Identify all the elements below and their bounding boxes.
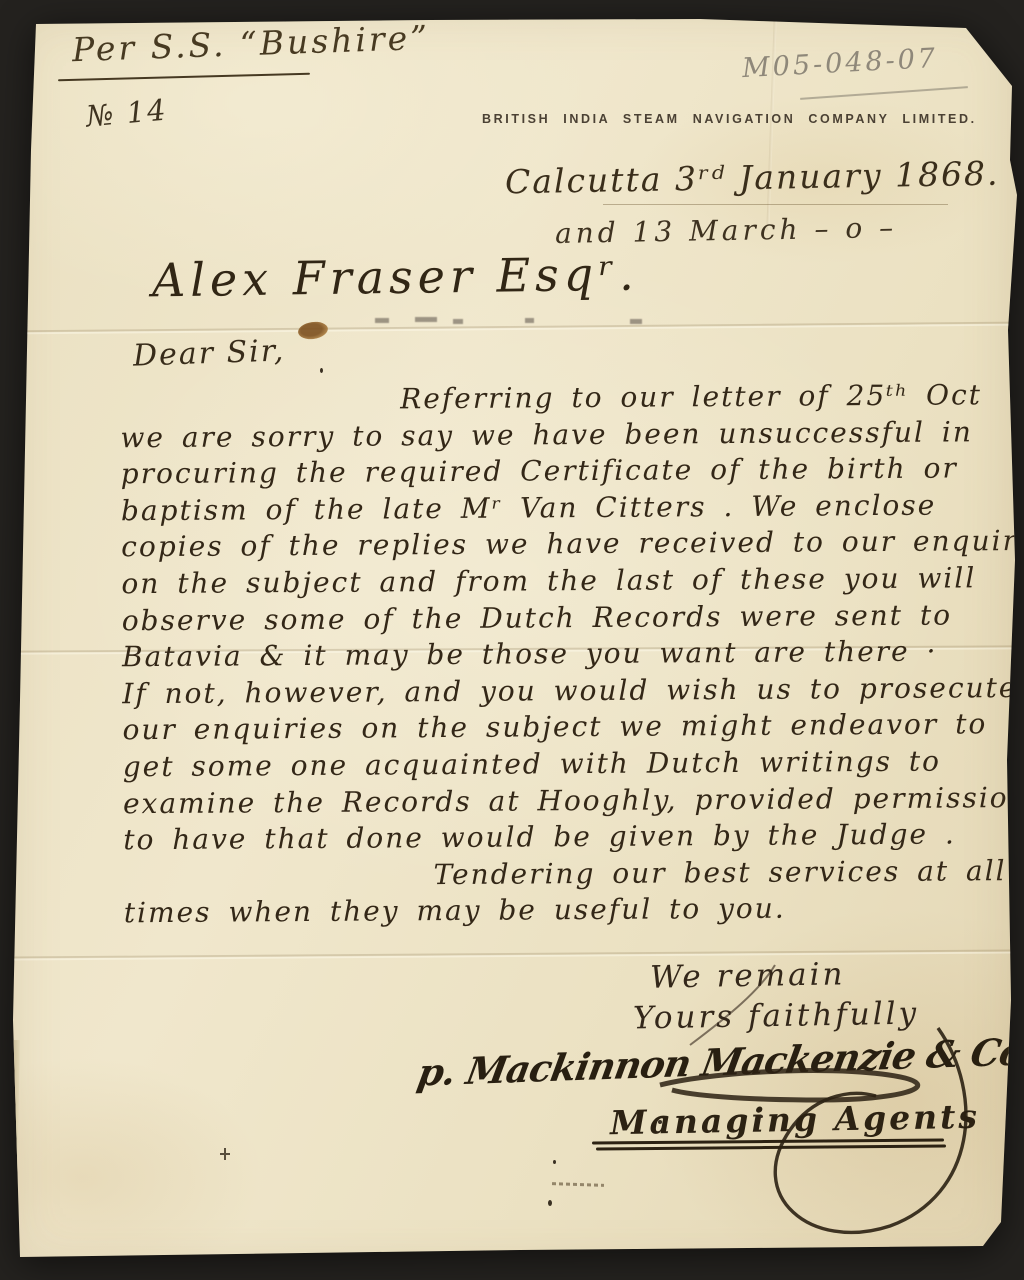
ink-stain xyxy=(297,320,329,341)
body-line: times when they may be useful to you. xyxy=(124,889,1024,932)
ship-note-underline xyxy=(58,73,310,82)
signature-role: Managing Agents xyxy=(610,1097,981,1142)
ink-speck xyxy=(548,1200,552,1206)
body-line: examine the Records at Hooghly, provided… xyxy=(123,779,1024,822)
small-cross-mark xyxy=(220,1148,230,1160)
paper-shadow: Per S.S. “Bushire” № 14 M05-048-07 BRITI… xyxy=(0,0,1024,1280)
body-line: we are sorry to say we have been unsucce… xyxy=(120,413,1024,456)
body-line: procuring the required Certificate of th… xyxy=(121,450,1024,493)
ink-speck xyxy=(320,368,323,373)
body-line: get some one acquainted with Dutch writi… xyxy=(123,743,1024,786)
under-page-edge xyxy=(8,1040,20,1256)
letter-page: Per S.S. “Bushire” № 14 M05-048-07 BRITI… xyxy=(0,0,1024,1280)
fold-crease-bottom xyxy=(0,949,1024,960)
ship-note: Per S.S. “Bushire” xyxy=(71,18,430,69)
ink-speck xyxy=(760,1115,763,1118)
body-line: to have that done would be given by the … xyxy=(123,816,1024,859)
pencil-reference-strike xyxy=(800,86,968,100)
ink-speck xyxy=(553,1160,556,1164)
body-line: If not, however, and you would wish us t… xyxy=(122,669,1024,712)
document-number: № 14 xyxy=(85,93,169,134)
body-line: Batavia & it may be those you want are t… xyxy=(122,633,1024,676)
body-line: on the subject and from the last of thes… xyxy=(121,560,1024,603)
valediction-line-2: Yours faithfully xyxy=(633,996,920,1037)
letter-body: Referring to our letter of 25ᵗʰ Oct we a… xyxy=(120,377,1024,932)
dateline-secondary: and 13 March – o – xyxy=(555,211,898,250)
signature-scrawl: p. Mackinnon Mackenzie & Co xyxy=(414,1029,1024,1094)
ink-speck xyxy=(658,1120,662,1124)
body-line: Tendering our best services at all xyxy=(123,852,1024,895)
letter-scan: Per S.S. “Bushire” № 14 M05-048-07 BRITI… xyxy=(0,0,1024,1280)
offset-ink-smudges xyxy=(375,316,715,326)
smudge-mark xyxy=(552,1182,604,1187)
body-line: observe some of the Dutch Records were s… xyxy=(122,596,1024,639)
body-line: Referring to our letter of 25ᵗʰ Oct xyxy=(120,377,1024,420)
body-line: our enquiries on the subject we might en… xyxy=(122,706,1024,749)
dateline-rule xyxy=(603,204,948,205)
archival-pencil-reference: M05-048-07 xyxy=(741,43,938,84)
dateline-primary: Calcutta 3ʳᵈ January 1868. xyxy=(505,154,1000,202)
body-line: baptism of the late Mʳ Van Citters . We … xyxy=(121,486,1024,529)
recipient-name: Alex Fraser Esqʳ. xyxy=(152,247,639,308)
printed-letterhead: BRITISH INDIA STEAM NAVIGATION COMPANY L… xyxy=(482,112,842,126)
role-underline-2 xyxy=(596,1144,946,1150)
valediction-line-1: We remain xyxy=(650,956,846,995)
body-line: copies of the replies we have received t… xyxy=(121,523,1024,566)
salutation: Dear Sir, xyxy=(132,333,285,373)
